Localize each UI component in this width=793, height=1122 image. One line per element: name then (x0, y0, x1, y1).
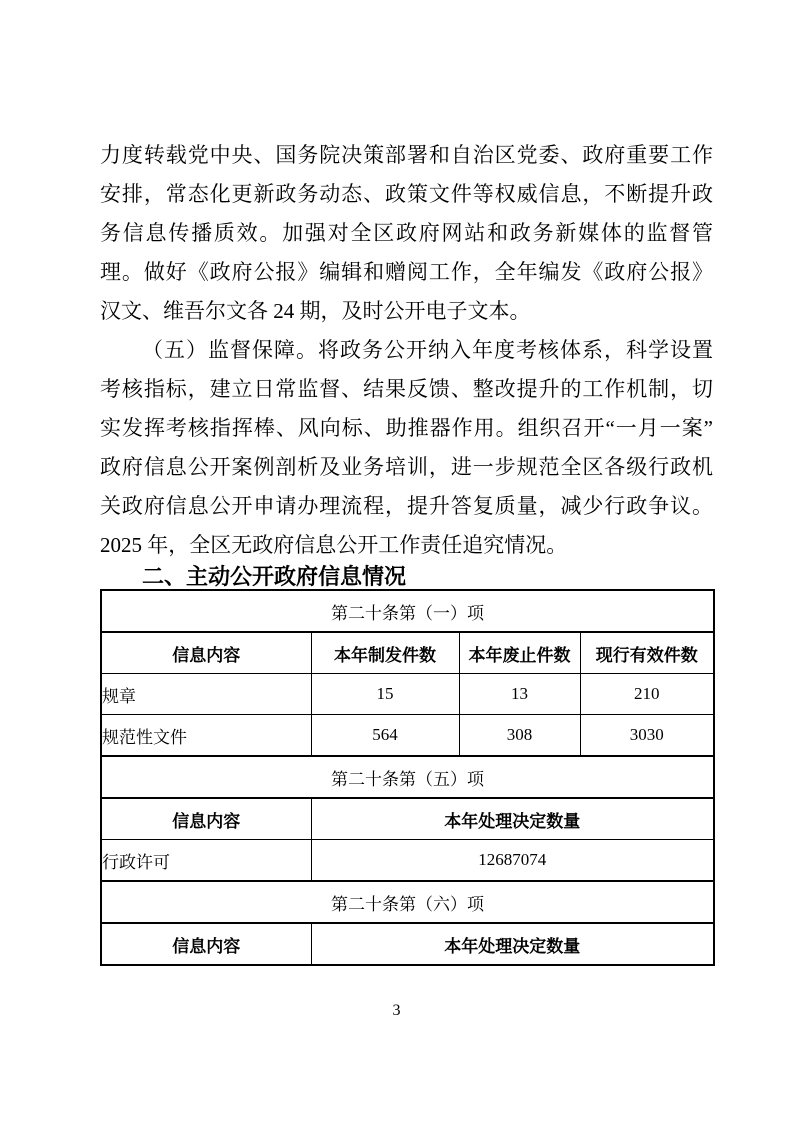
cell-value: 15 (311, 674, 459, 715)
column-header: 信息内容 (101, 798, 311, 840)
table-section-title: 第二十条第（五）项 (101, 756, 714, 798)
cell-value: 210 (580, 674, 714, 715)
table-section-title: 第二十条第（六）项 (101, 881, 714, 923)
row-label: 规范性文件 (101, 715, 311, 757)
body-line: 理。做好《政府公报》编辑和赠阅工作，全年编发《政府公报》 (100, 253, 713, 292)
body-line: （五）监督保障。将政务公开纳入年度考核体系，科学设置 (100, 331, 713, 370)
column-header: 信息内容 (101, 923, 311, 965)
body-line: 汉文、维吾尔文各 24 期，及时公开电子文本。 (100, 292, 713, 331)
statistics-table: 第二十条第（一）项 信息内容 本年制发件数 本年废止件数 现行有效件数 规章 1… (100, 589, 715, 966)
table-row: 规范性文件 564 308 3030 (101, 715, 714, 757)
column-header: 本年废止件数 (459, 632, 580, 674)
body-line: 政府信息公开案例剖析及业务培训，进一步规范全区各级行政机 (100, 448, 713, 487)
page-number: 3 (0, 1000, 793, 1022)
table-row: 行政许可 12687074 (101, 840, 714, 882)
cell-value: 3030 (580, 715, 714, 757)
row-label: 规章 (101, 674, 311, 715)
body-line: 安排，常态化更新政务动态、政策文件等权威信息，不断提升政 (100, 175, 713, 214)
table-header-row: 信息内容 本年处理决定数量 (101, 798, 714, 840)
document-body: 力度转载党中央、国务院决策部署和自治区党委、政府重要工作 安排，常态化更新政务动… (100, 0, 713, 589)
column-header: 本年处理决定数量 (311, 798, 714, 840)
column-header: 现行有效件数 (580, 632, 714, 674)
page-content: 力度转载党中央、国务院决策部署和自治区党委、政府重要工作 安排，常态化更新政务动… (100, 0, 713, 966)
body-line: 务信息传播质效。加强对全区政府网站和政务新媒体的监督管 (100, 214, 713, 253)
cell-value: 13 (459, 674, 580, 715)
body-line: 2025 年，全区无政府信息公开工作责任追究情况。 (100, 526, 713, 565)
table-section-row: 第二十条第（六）项 (101, 881, 714, 923)
body-line: 力度转载党中央、国务院决策部署和自治区党委、政府重要工作 (100, 136, 713, 175)
cell-value: 308 (459, 715, 580, 757)
table-section-row: 第二十条第（一）项 (101, 590, 714, 632)
cell-value: 564 (311, 715, 459, 757)
row-label: 行政许可 (101, 840, 311, 882)
body-line: 关政府信息公开申请办理流程，提升答复质量，减少行政争议。 (100, 487, 713, 526)
table-section-row: 第二十条第（五）项 (101, 756, 714, 798)
column-header: 本年处理决定数量 (311, 923, 714, 965)
cell-value: 12687074 (311, 840, 714, 882)
table-header-row: 信息内容 本年制发件数 本年废止件数 现行有效件数 (101, 632, 714, 674)
table-section-title: 第二十条第（一）项 (101, 590, 714, 632)
section-heading: 二、主动公开政府信息情况 (100, 565, 713, 589)
body-line: 实发挥考核指挥棒、风向标、助推器作用。组织召开“一月一案” (100, 409, 713, 448)
table-header-row: 信息内容 本年处理决定数量 (101, 923, 714, 965)
document-page: 力度转载党中央、国务院决策部署和自治区党委、政府重要工作 安排，常态化更新政务动… (0, 0, 793, 1122)
column-header: 本年制发件数 (311, 632, 459, 674)
body-line: 考核指标，建立日常监督、结果反馈、整改提升的工作机制，切 (100, 370, 713, 409)
column-header: 信息内容 (101, 632, 311, 674)
table-row: 规章 15 13 210 (101, 674, 714, 715)
